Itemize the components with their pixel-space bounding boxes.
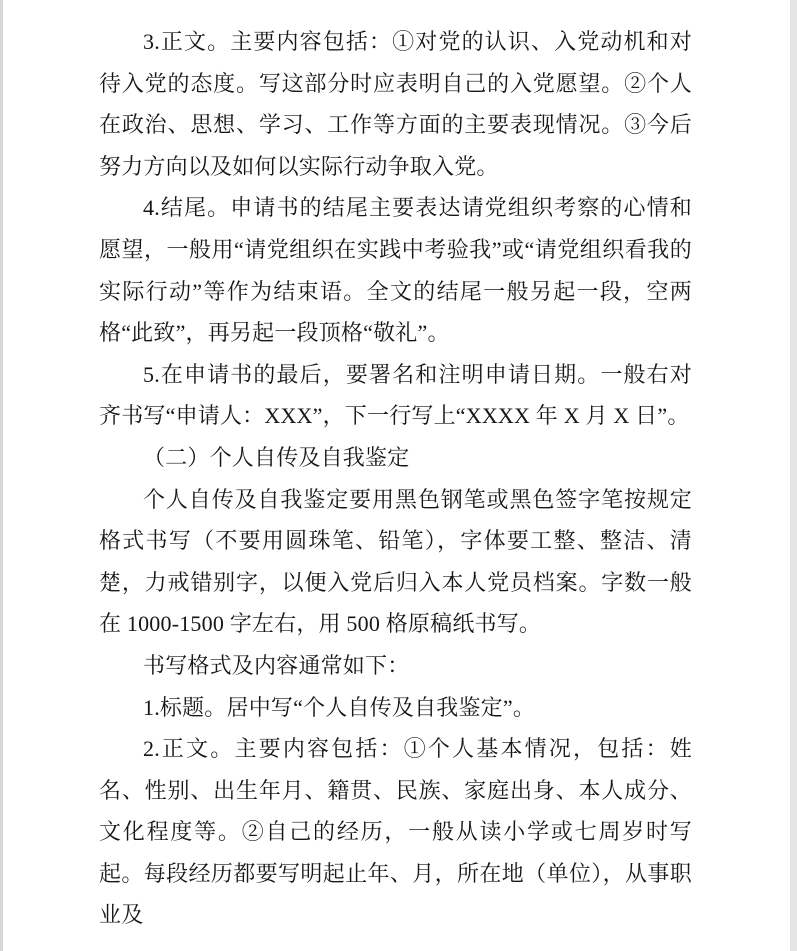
paragraph-body-section4: 4.结尾。申请书的结尾主要表达请党组织考察的心情和愿望，一般用“请党组织在实践中…: [99, 187, 692, 353]
paragraph-format-lead-in: 书写格式及内容通常如下：: [99, 645, 692, 687]
paragraph-body-section5: 5.在申请书的最后，要署名和注明申请日期。一般右对齐书写“申请人：XXX”，下一…: [99, 354, 692, 437]
document-page: 3.正文。主要内容包括：①对党的认识、入党动机和对待入党的态度。写这部分时应表明…: [3, 0, 790, 951]
paragraph-main-content-rule: 2.正文。主要内容包括：①个人基本情况，包括：姓名、性别、出生年月、籍贯、民族、…: [99, 728, 692, 936]
paragraph-autobiography-intro: 个人自传及自我鉴定要用黑色钢笔或黑色签字笔按规定格式书写（不要用圆珠笔、铅笔），…: [99, 479, 692, 645]
paragraph-heading-part2: （二）个人自传及自我鉴定: [99, 437, 692, 479]
document-text-block: 3.正文。主要内容包括：①对党的认识、入党动机和对待入党的态度。写这部分时应表明…: [99, 21, 692, 936]
paragraph-title-rule: 1.标题。居中写“个人自传及自我鉴定”。: [99, 687, 692, 729]
paragraph-body-section3: 3.正文。主要内容包括：①对党的认识、入党动机和对待入党的态度。写这部分时应表明…: [99, 21, 692, 187]
document-viewer: { "document": { "language": "zh-CN", "pa…: [0, 0, 797, 951]
page-right-margin-band: [790, 0, 797, 951]
